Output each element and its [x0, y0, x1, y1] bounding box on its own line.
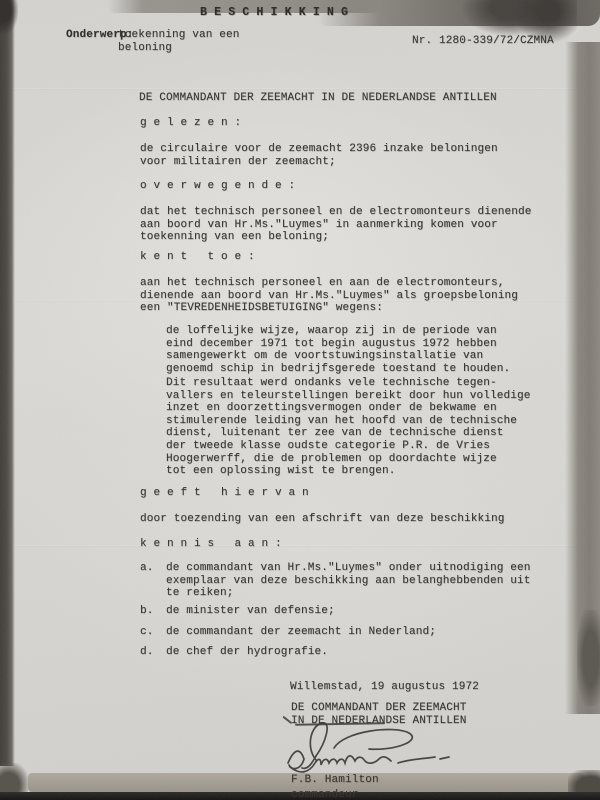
place-date: Willemstad, 19 augustus 1972	[290, 681, 479, 694]
scan-edge-right	[565, 42, 600, 714]
scan-blob-bottom-left	[0, 763, 28, 800]
list-item: de commandant der zeemacht in Nederland;	[166, 626, 436, 639]
scan-edge-right-dark	[577, 610, 600, 706]
section-heading-kent-toe: k e n t t o e :	[140, 251, 255, 264]
reference-number: Nr. 1280-339/72/CZMNA	[412, 35, 554, 48]
scan-blob-bottom-right	[568, 770, 600, 800]
scan-smudge-top	[108, 0, 600, 13]
paragraph-overwegende: dat het technisch personeel en de electr…	[140, 206, 532, 244]
scanned-document-page: B E S C H I K K I N G Onderwerp: toekenn…	[0, 0, 600, 800]
paragraph-gelezen: de circulaire voor de zeemacht 2396 inza…	[140, 143, 498, 168]
paragraph-dit-resultaat: Dit resultaat werd ondanks vele technisc…	[166, 377, 531, 478]
list-item-label: a.	[140, 562, 154, 575]
paper-crease	[0, 88, 600, 90]
signer-name: F.B. Hamilton	[291, 774, 379, 787]
handwritten-signature-icon	[272, 718, 457, 780]
doc-title: B E S C H I K K I N G	[200, 7, 348, 20]
authority-line: DE COMMANDANT DER ZEEMACHT IN DE NEDERLA…	[139, 92, 497, 105]
section-heading-geeft-hiervan: g e e f t h i e r v a n	[140, 487, 309, 500]
list-item: de chef der hydrografie.	[166, 646, 328, 659]
list-item-label: c.	[140, 626, 154, 639]
scan-smudge-top-right	[318, 0, 600, 26]
subject-value: toekenning van een beloning	[118, 29, 240, 54]
scan-edge-left-dark	[0, 0, 18, 34]
scan-smudge-dark-blob	[462, 0, 558, 36]
section-heading-kennis-aan: k e n n i s a a n :	[140, 538, 282, 551]
list-item-label: b.	[140, 605, 154, 618]
scan-edge-left	[0, 0, 15, 766]
paragraph-toezending: door toezending van een afschrift van de…	[140, 513, 505, 526]
signer-rank: commandeur	[291, 789, 359, 800]
section-heading-gelezen: g e l e z e n :	[140, 117, 241, 130]
list-item: de minister van defensie;	[166, 605, 335, 618]
paragraph-kent-toe: aan het technisch personeel en aan de el…	[140, 277, 518, 315]
paper-crease	[0, 545, 600, 547]
paragraph-loffelijke-wijze: de loffelijke wijze, waarop zij in de pe…	[166, 325, 510, 375]
list-item: de commandant van Hr.Ms."Luymes" onder u…	[166, 562, 531, 600]
list-item-label: d.	[140, 646, 154, 659]
section-heading-overwegende: o v e r w e g e n d e :	[140, 180, 295, 193]
